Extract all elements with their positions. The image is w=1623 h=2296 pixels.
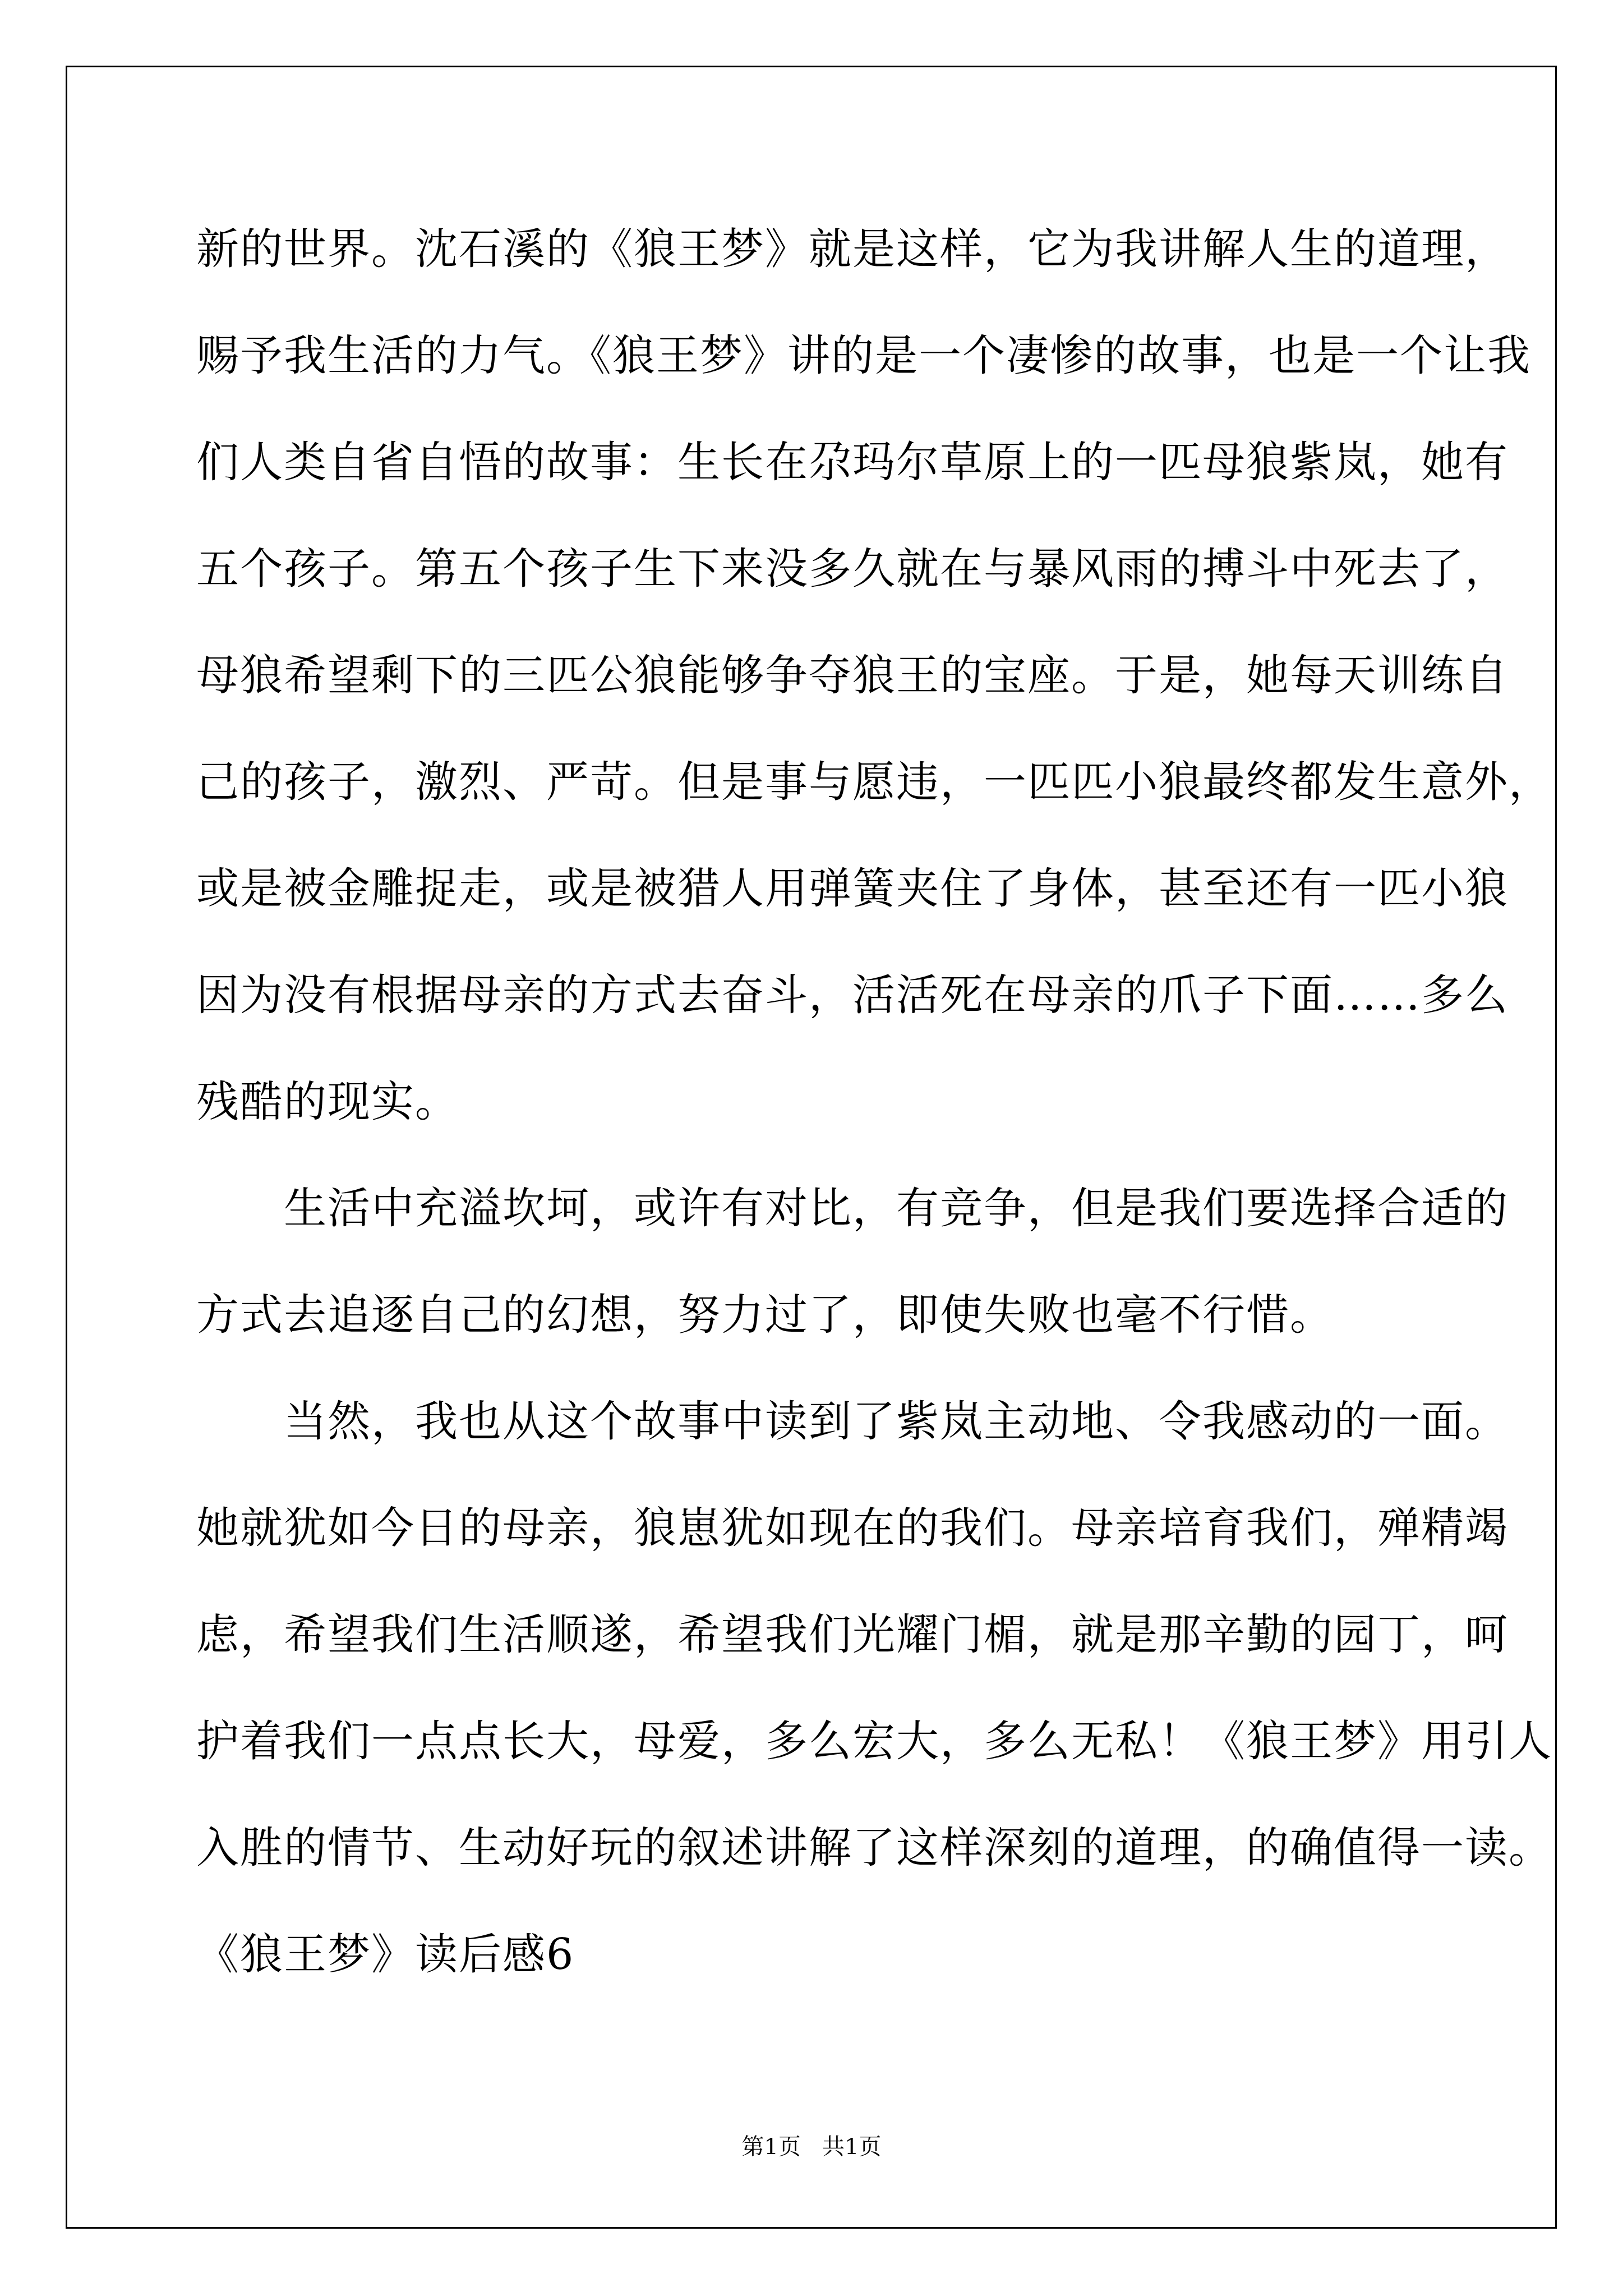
text-line: 们人类自省自悟的故事：生长在尕玛尔草原上的一匹母狼紫岚，她有 <box>196 434 1430 541</box>
text-line: 赐予我生活的力气。《狼王梦》讲的是一个凄惨的故事，也是一个让我 <box>196 328 1430 434</box>
text-line: 或是被金雕捉走，或是被猎人用弹簧夹住了身体，甚至还有一匹小狼 <box>196 861 1430 967</box>
text-line: 残酷的现实。 <box>196 1074 1430 1180</box>
paragraph-2: 生活中充溢坎坷，或许有对比，有竞争，但是我们要选择合适的 方式去追逐自己的幻想，… <box>196 1180 1430 1393</box>
text-line: 生活中充溢坎坷，或许有对比，有竞争，但是我们要选择合适的 <box>196 1180 1430 1287</box>
text-line: 护着我们一点点长大，母爱，多么宏大，多么无私！《狼王梦》用引人 <box>196 1713 1430 1820</box>
paragraph-1: 新的世界。沈石溪的《狼王梦》就是这样，它为我讲解人生的道理， 赐予我生活的力气。… <box>196 221 1430 1180</box>
paragraph-3: 当然，我也从这个故事中读到了紫岚主动地、令我感动的一面。 她就犹如今日的母亲，狼… <box>196 1393 1430 1926</box>
text-line: 因为没有根据母亲的方式去奋斗，活活死在母亲的爪子下面……多么 <box>196 967 1430 1074</box>
text-line: 母狼希望剩下的三匹公狼能够争夺狼王的宝座。于是，她每天训练自 <box>196 647 1430 754</box>
text-line: 她就犹如今日的母亲，狼崽犹如现在的我们。母亲培育我们，殚精竭 <box>196 1500 1430 1607</box>
section-heading: 《狼王梦》读后感6 <box>196 1926 1430 2033</box>
text-line: 方式去追逐自己的幻想，努力过了，即使失败也毫不行惜。 <box>196 1287 1430 1393</box>
text-line: 己的孩子，激烈、严苛。但是事与愿违，一匹匹小狼最终都发生意外， <box>196 754 1430 861</box>
text-line: 新的世界。沈石溪的《狼王梦》就是这样，它为我讲解人生的道理， <box>196 221 1430 328</box>
document-body: 新的世界。沈石溪的《狼王梦》就是这样，它为我讲解人生的道理， 赐予我生活的力气。… <box>196 221 1430 2033</box>
text-line: 当然，我也从这个故事中读到了紫岚主动地、令我感动的一面。 <box>196 1393 1430 1500</box>
text-line: 虑，希望我们生活顺遂，希望我们光耀门楣，就是那辛勤的园丁，呵 <box>196 1607 1430 1713</box>
text-line: 入胜的情节、生动好玩的叙述讲解了这样深刻的道理，的确值得一读。 <box>196 1820 1430 1926</box>
heading-text: 《狼王梦》读后感6 <box>196 1926 1430 2033</box>
page-number-footer: 第1页 共1页 <box>0 2129 1623 2161</box>
text-line: 五个孩子。第五个孩子生下来没多久就在与暴风雨的搏斗中死去了， <box>196 541 1430 647</box>
